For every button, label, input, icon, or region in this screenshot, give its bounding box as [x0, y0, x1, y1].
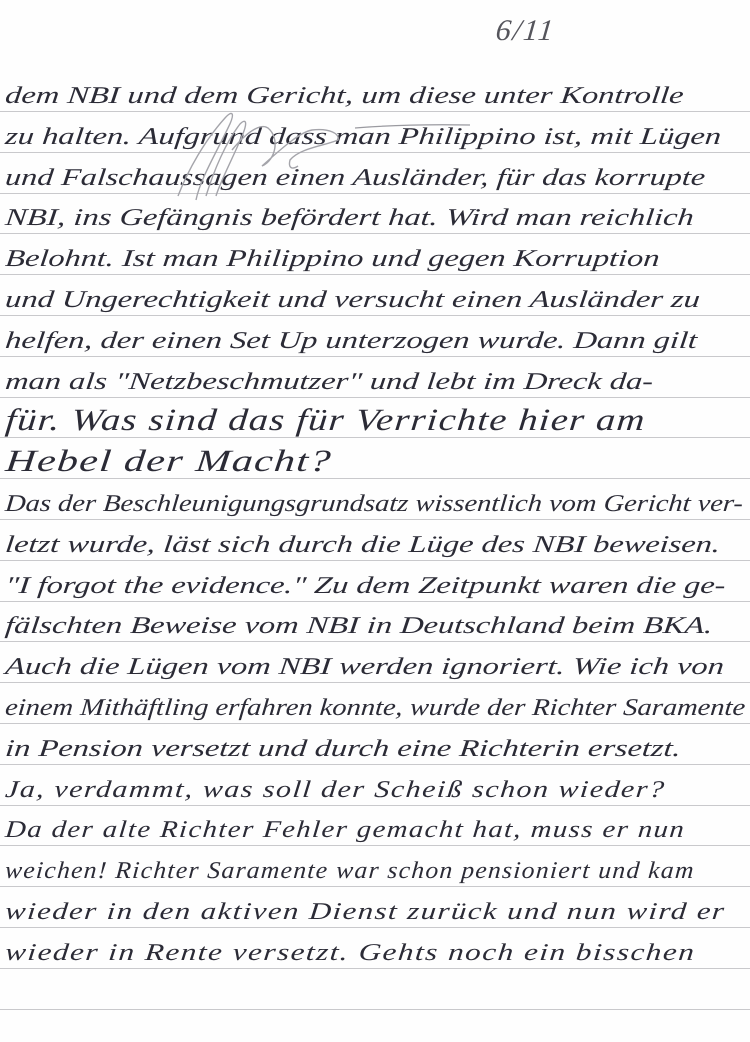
handwritten-line: und Ungerechtigkeit und versucht einen A…: [4, 287, 701, 314]
ruled-line: [0, 397, 750, 398]
ruled-line: [0, 519, 750, 520]
ruled-line: [0, 315, 750, 316]
handwritten-line: weichen! Richter Saramente war schon pen…: [4, 858, 696, 885]
handwritten-line: letzt wurde, läst sich durch die Lüge de…: [4, 532, 721, 559]
handwritten-line: wieder in den aktiven Dienst zurück und …: [4, 899, 727, 926]
handwritten-line: Belohnt. Ist man Philippino und gegen Ko…: [4, 246, 661, 273]
handwritten-line: man als "Netzbeschmutzer" und lebt im Dr…: [4, 369, 654, 396]
ruled-line: [0, 682, 750, 683]
ruled-line: [0, 1009, 750, 1010]
handwritten-line: "I forgot the evidence." Zu dem Zeitpunk…: [4, 573, 727, 600]
ruled-line: [0, 805, 750, 806]
ruled-line: [0, 927, 750, 928]
handwritten-letter-page: 6/11 dem NBI und dem Gericht, um diese u…: [0, 0, 750, 1042]
handwritten-line: einem Mithäftling erfahren konnte, wurde…: [4, 695, 746, 722]
handwritten-line: wieder in Rente versetzt. Gehts noch ein…: [4, 940, 697, 967]
ruled-line: [0, 723, 750, 724]
ruled-line: [0, 845, 750, 846]
ruled-line: [0, 152, 750, 153]
handwritten-line: NBI, ins Gefängnis befördert hat. Wird m…: [4, 205, 695, 232]
handwritten-line: Ja, verdammt, was soll der Scheiß schon …: [4, 777, 667, 804]
handwritten-line: Da der alte Richter Fehler gemacht hat, …: [4, 817, 686, 844]
handwritten-line: fälschten Beweise vom NBI in Deutschland…: [4, 613, 714, 640]
handwritten-line: in Pension versetzt und durch eine Richt…: [4, 736, 682, 763]
handwritten-line: für. Was sind das für Verrichte hier am: [4, 402, 647, 438]
handwritten-line: Hebel der Macht?: [4, 443, 333, 479]
ruled-line: [0, 601, 750, 602]
ruled-line: [0, 764, 750, 765]
page-number: 6/11: [494, 14, 557, 48]
ruled-line: [0, 274, 750, 275]
ruled-line: [0, 886, 750, 887]
handwritten-line: dem NBI und dem Gericht, um diese unter …: [4, 83, 685, 110]
ruled-line: [0, 560, 750, 561]
handwritten-line: und Falschaussagen einen Ausländer, für …: [4, 165, 706, 192]
ruled-line: [0, 641, 750, 642]
ruled-line: [0, 968, 750, 969]
handwritten-line: helfen, der einen Set Up unterzogen wurd…: [4, 328, 698, 355]
ruled-line: [0, 233, 750, 234]
ruled-line: [0, 356, 750, 357]
handwritten-line: zu halten. Aufgrund dass man Philippino …: [4, 124, 722, 151]
ruled-line: [0, 111, 750, 112]
handwritten-line: Das der Beschleunigungsgrundsatz wissent…: [4, 491, 744, 518]
ruled-line: [0, 193, 750, 194]
handwritten-line: Auch die Lügen vom NBI werden ignoriert.…: [4, 654, 725, 681]
